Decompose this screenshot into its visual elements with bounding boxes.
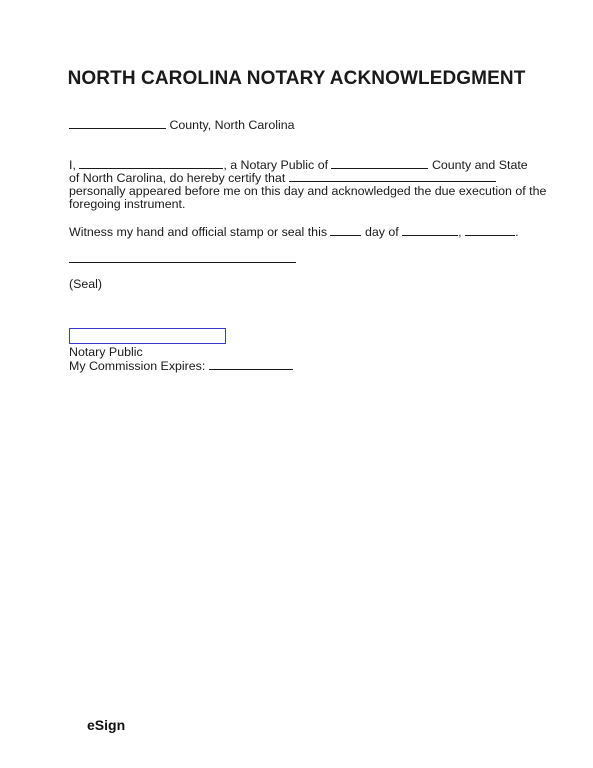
notary-county-blank[interactable] <box>331 157 428 169</box>
county-blank[interactable] <box>69 117 166 129</box>
body-line-2: of North Carolina, do hereby certify tha… <box>69 170 496 185</box>
day-of-text: day of <box>365 225 399 239</box>
comma: , <box>458 225 461 239</box>
month-blank[interactable] <box>402 224 458 236</box>
notary-name-blank[interactable] <box>79 157 223 169</box>
body-line-4: foregoing instrument. <box>69 197 185 211</box>
notary-public-label: Notary Public <box>69 345 143 359</box>
seal-label: (Seal) <box>69 277 102 291</box>
signature-line[interactable] <box>69 262 296 263</box>
witness-prefix: Witness my hand and official stamp or se… <box>69 225 327 239</box>
witness-line: Witness my hand and official stamp or se… <box>69 224 519 239</box>
certify-text: of North Carolina, do hereby certify tha… <box>69 171 285 185</box>
venue-line: County, North Carolina <box>69 117 295 132</box>
notary-name-input[interactable] <box>69 328 226 344</box>
year-blank[interactable] <box>465 224 515 236</box>
esign-logo: eSign <box>87 717 125 733</box>
signer-name-blank[interactable] <box>289 170 496 182</box>
document-title: NORTH CAROLINA NOTARY ACKNOWLEDGMENT <box>0 68 593 90</box>
commission-label: My Commission Expires: <box>69 359 205 373</box>
body-line-3: personally appeared before me on this da… <box>69 184 546 198</box>
period: . <box>515 225 518 239</box>
day-blank[interactable] <box>330 224 361 236</box>
commission-date-blank[interactable] <box>209 358 293 370</box>
commission-line: My Commission Expires: <box>69 358 293 373</box>
venue-suffix: County, North Carolina <box>169 118 294 132</box>
